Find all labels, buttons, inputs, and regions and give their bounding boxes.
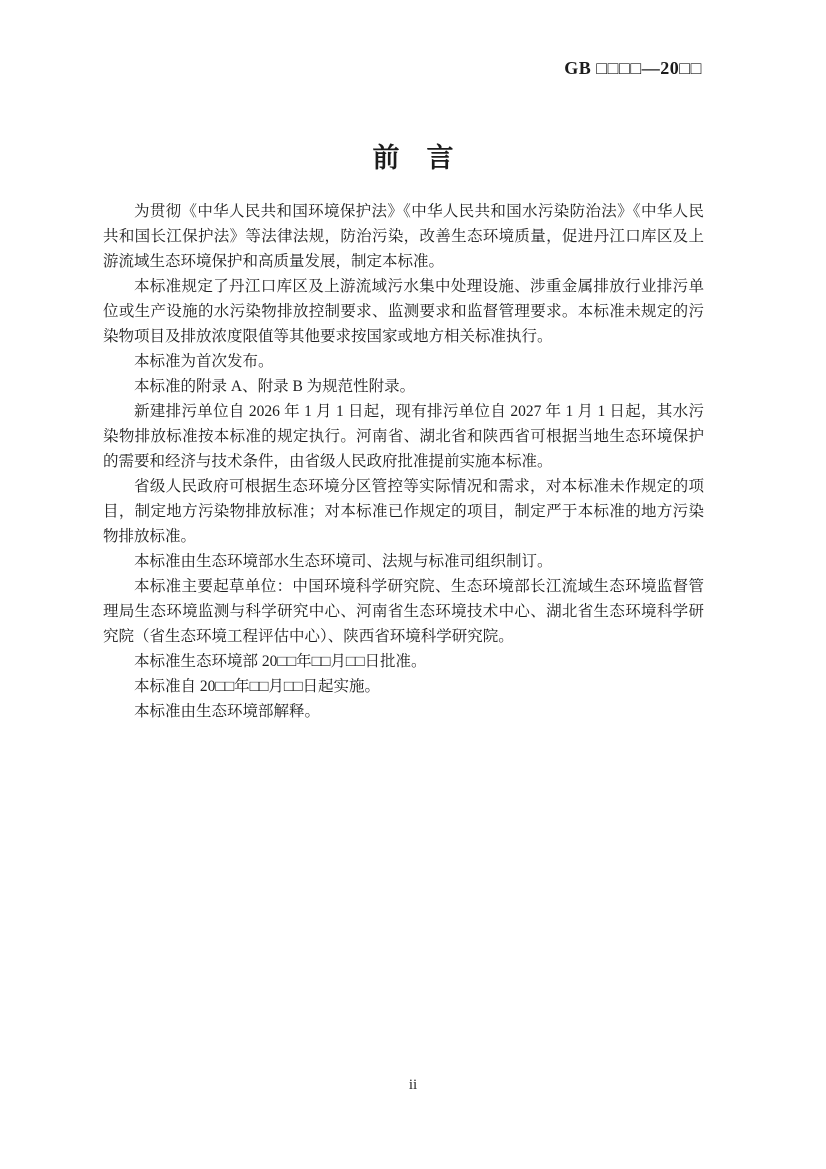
preface-paragraph: 本标准规定了丹江口库区及上游流域污水集中处理设施、涉重金属排放行业排污单位或生产… [103,274,704,349]
preface-paragraph: 本标准主要起草单位：中国环境科学研究院、生态环境部长江流域生态环境监督管理局生态… [103,574,704,649]
preface-paragraph: 本标准为首次发布。 [103,349,704,374]
page-title: 前 言 [0,136,826,175]
preface-paragraph: 省级人民政府可根据生态环境分区管控等实际情况和需求，对本标准未作规定的项目，制定… [103,474,704,549]
standard-code: GB □□□□—20□□ [564,58,702,79]
preface-body: 为贯彻《中华人民共和国环境保护法》《中华人民共和国水污染防治法》《中华人民共和国… [103,199,704,724]
preface-paragraph: 本标准由生态环境部水生态环境司、法规与标准司组织制订。 [103,549,704,574]
preface-paragraph: 本标准自 20□□年□□月□□日起实施。 [103,674,704,699]
page-number: ii [0,1077,826,1094]
document-page: GB □□□□—20□□ 前 言 为贯彻《中华人民共和国环境保护法》《中华人民共… [0,0,826,1169]
preface-paragraph: 为贯彻《中华人民共和国环境保护法》《中华人民共和国水污染防治法》《中华人民共和国… [103,199,704,274]
preface-paragraph: 本标准由生态环境部解释。 [103,699,704,724]
preface-paragraph: 新建排污单位自 2026 年 1 月 1 日起，现有排污单位自 2027 年 1… [103,399,704,474]
preface-paragraph: 本标准生态环境部 20□□年□□月□□日批准。 [103,649,704,674]
preface-paragraph: 本标准的附录 A、附录 B 为规范性附录。 [103,374,704,399]
